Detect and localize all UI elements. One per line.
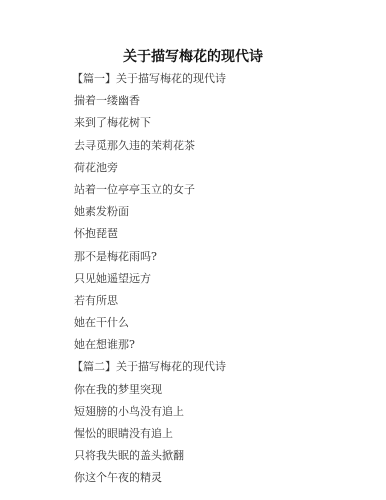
poem-line: 若有所思: [74, 292, 226, 314]
poem-line: 揣着一缕幽香: [74, 92, 226, 114]
document-title: 关于描写梅花的现代诗: [0, 46, 386, 66]
poem-line: 站着一位亭亭玉立的女子: [74, 181, 226, 203]
poem-line: 她在干什么: [74, 314, 226, 336]
poem-body: 【篇一】关于描写梅花的现代诗 揣着一缕幽香 来到了梅花树下 去寻觅那久违的茉莉花…: [74, 70, 226, 492]
poem-line: 惺忪的眼睛没有追上: [74, 425, 226, 447]
poem-line: 去寻觅那久违的茉莉花茶: [74, 137, 226, 159]
poem-line: 只见她遥望远方: [74, 270, 226, 292]
poem-line: 你这个午夜的精灵: [74, 469, 226, 491]
poem-line: 短翅膀的小鸟没有追上: [74, 403, 226, 425]
poem-line: 荷花池旁: [74, 159, 226, 181]
poem-line: 你在我的梦里突现: [74, 381, 226, 403]
section-heading-1: 【篇一】关于描写梅花的现代诗: [72, 70, 226, 92]
poem-line: 她在想谁那?: [74, 336, 226, 358]
poem-line: 她素发粉面: [74, 203, 226, 225]
section-heading-2: 【篇二】关于描写梅花的现代诗: [72, 358, 226, 380]
poem-line: 来到了梅花树下: [74, 114, 226, 136]
poem-line: 只将我失眠的盖头掀翻: [74, 447, 226, 469]
poem-line: 那不是梅花雨吗?: [74, 248, 226, 270]
poem-line: 怀抱琵琶: [74, 225, 226, 247]
